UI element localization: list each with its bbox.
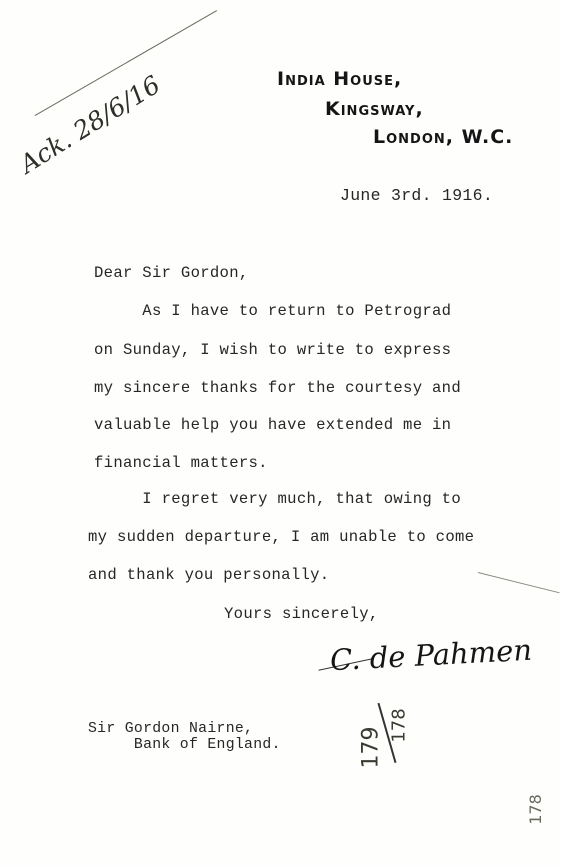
letterhead-line-3: London, W.C.	[373, 126, 513, 148]
letterhead-line-2: Kingsway,	[325, 98, 424, 120]
recipient-name: Sir Gordon Nairne,	[88, 721, 253, 737]
body-line: and thank you personally.	[88, 566, 329, 584]
reference-number-secondary: 178	[389, 708, 410, 742]
salutation: Dear Sir Gordon,	[94, 264, 249, 282]
body-line: I regret very much, that owing to	[94, 490, 461, 508]
body-line: financial matters.	[94, 454, 268, 472]
signature: C. de Pahmen	[329, 633, 533, 678]
reference-number-primary: 179	[359, 727, 384, 769]
body-line: on Sunday, I wish to write to express	[94, 341, 451, 359]
letter-page: Ack. 28/6/16 India House, Kingsway, Lond…	[0, 0, 561, 866]
letter-date: June 3rd. 1916.	[340, 186, 493, 205]
body-line: my sudden departure, I am unable to come	[88, 528, 474, 546]
body-line: my sincere thanks for the courtesy and	[94, 379, 461, 397]
reference-number-margin: 178	[526, 794, 545, 825]
closing: Yours sincerely,	[224, 605, 379, 623]
body-line: As I have to return to Petrograd	[94, 302, 451, 320]
acknowledgement-annotation: Ack. 28/6/16	[15, 70, 166, 179]
letterhead-line-1: India House,	[277, 68, 402, 90]
body-line: valuable help you have extended me in	[94, 416, 451, 434]
stray-pen-mark	[478, 572, 560, 593]
recipient-institution: Bank of England.	[88, 737, 281, 753]
